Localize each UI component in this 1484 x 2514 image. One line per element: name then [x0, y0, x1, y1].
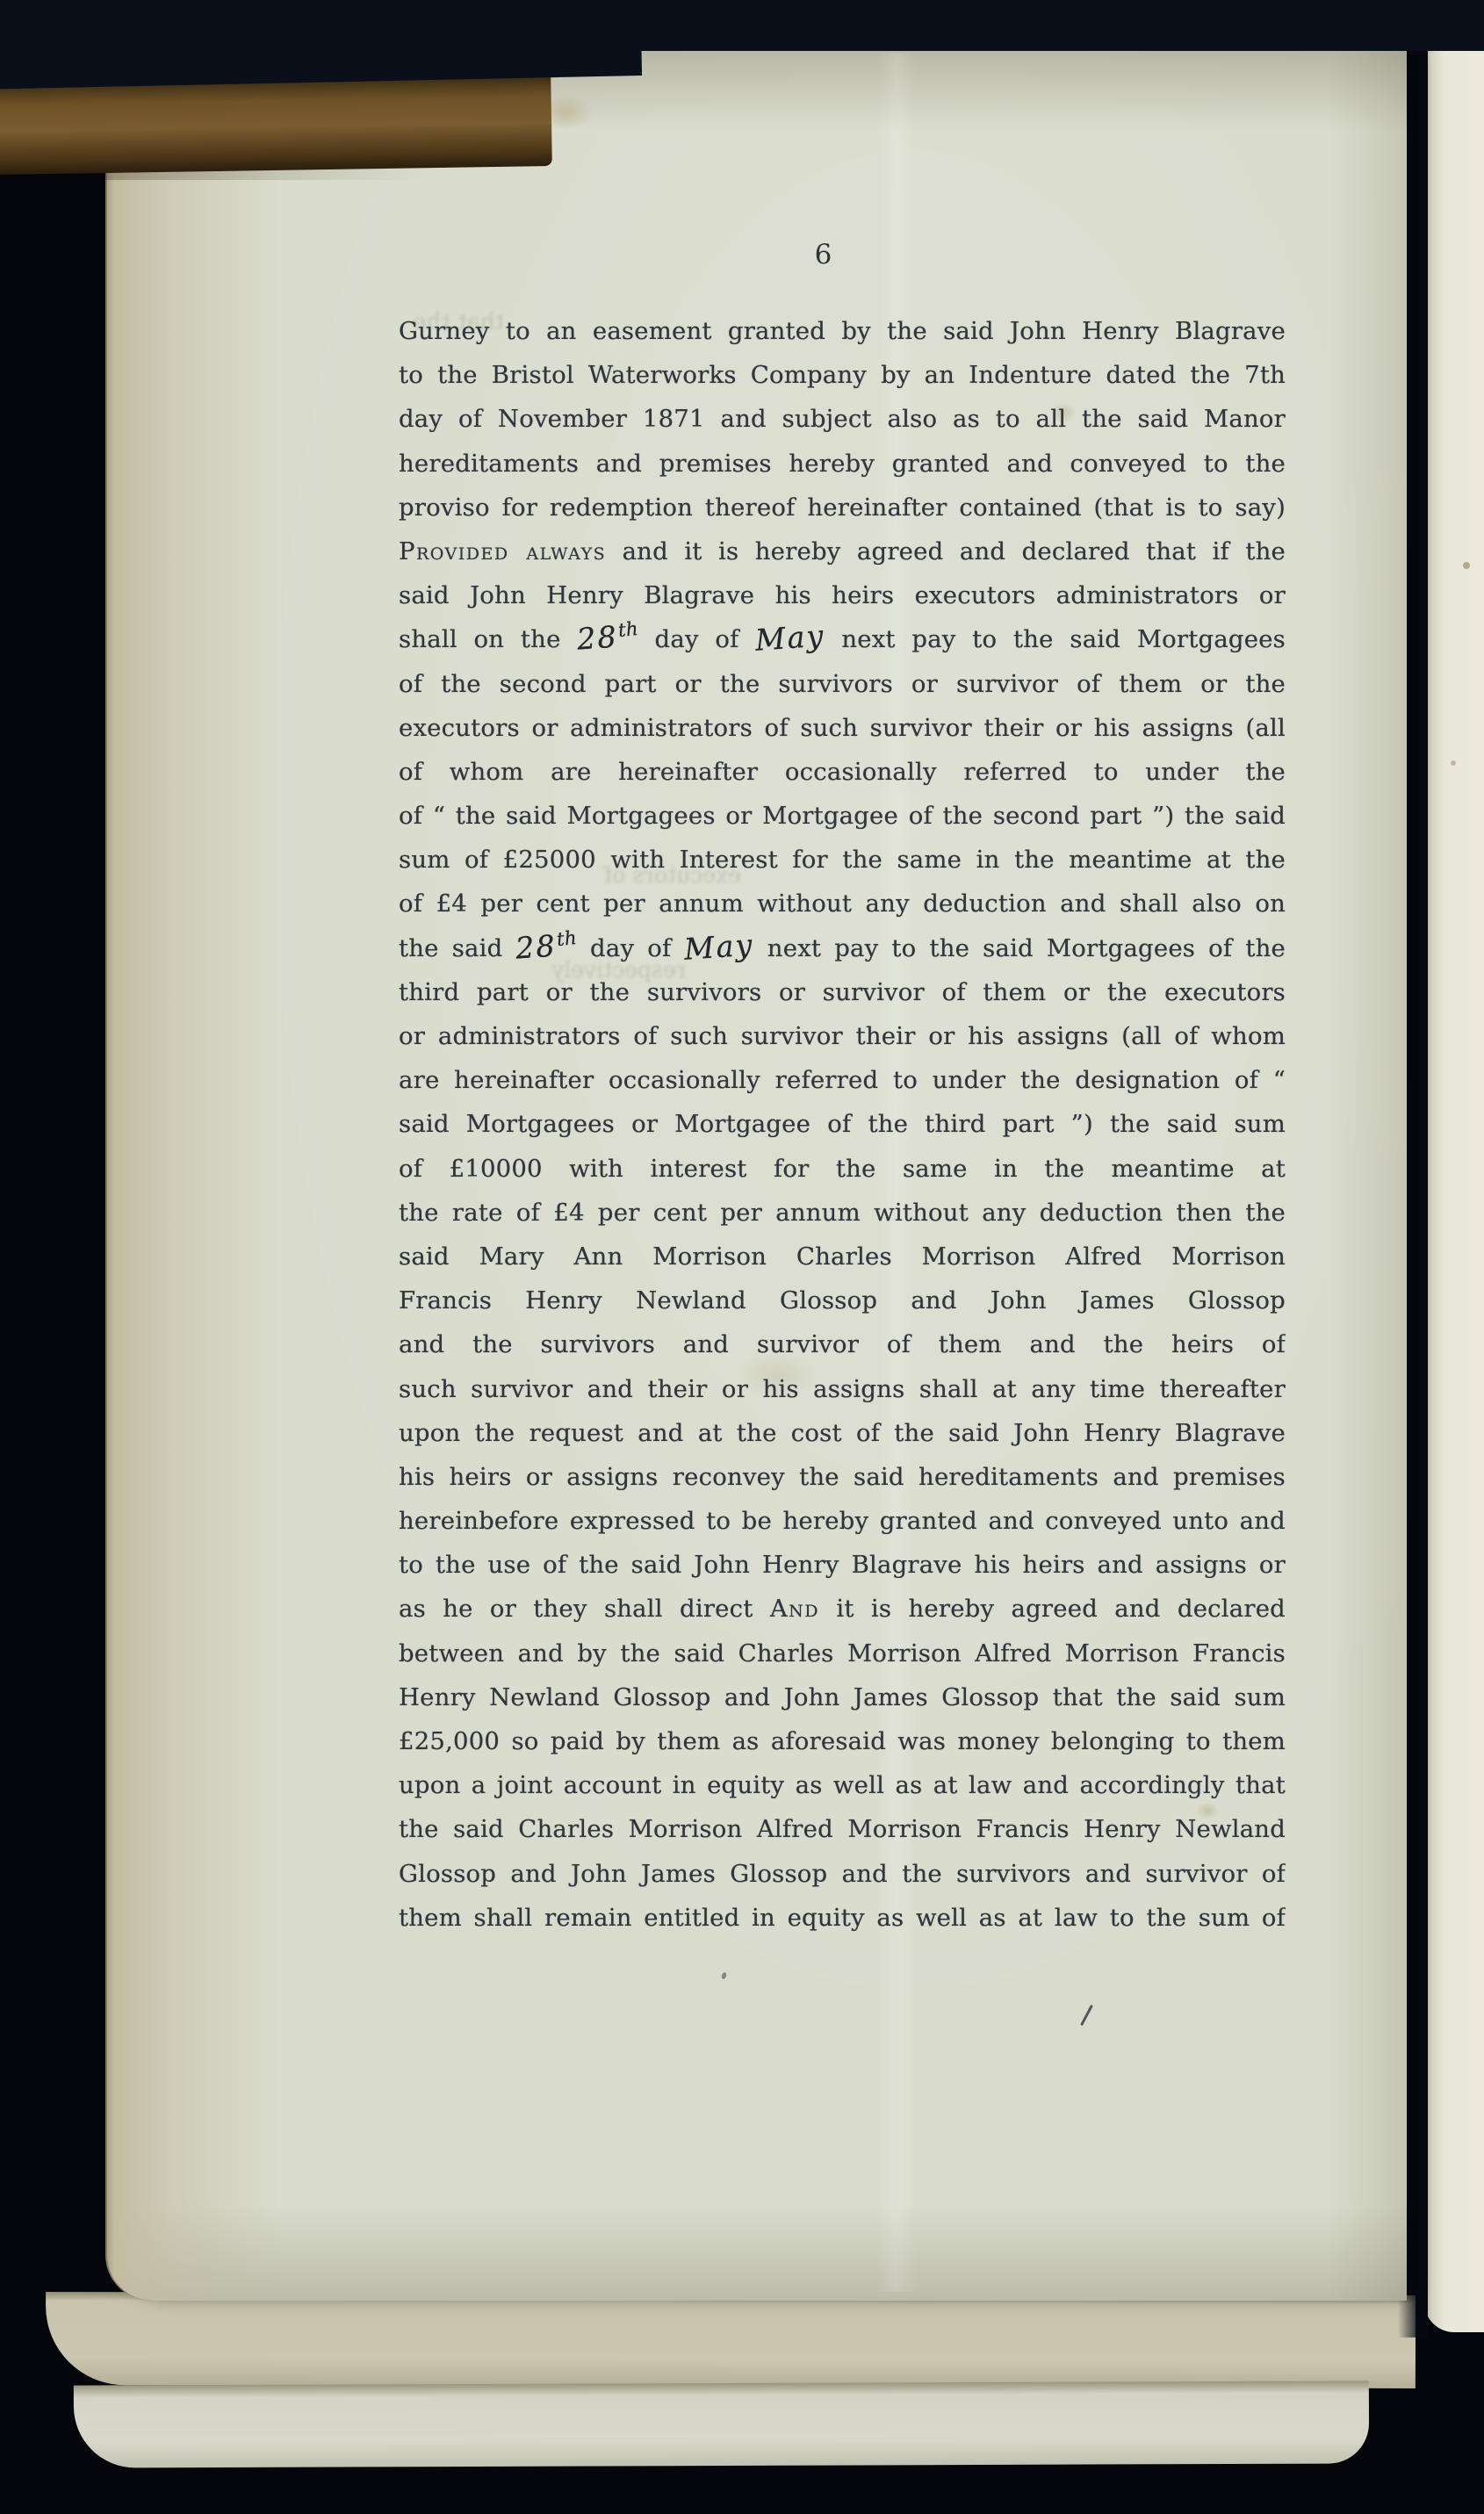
text-line: said John Henry Blagrave his heirs execu…	[399, 573, 1286, 617]
text-line: sum of £25000 with Interest for the same…	[399, 838, 1286, 882]
printed-text: hereditaments and premises hereby grante…	[399, 450, 1286, 478]
printed-text: day of November 1871 and subject also as…	[399, 405, 1286, 433]
printed-text: Francis Henry Newland Glossop and John J…	[399, 1286, 1286, 1315]
printed-text: it is hereby agreed and declared	[819, 1595, 1286, 1623]
printed-text: next pay to the said Mortgagees	[825, 625, 1286, 653]
printed-text: such survivor and their or his assigns s…	[399, 1375, 1286, 1403]
text-line: between and by the said Charles Morrison…	[399, 1632, 1286, 1675]
text-line: of £10000 with interest for the same in …	[399, 1147, 1286, 1191]
printed-text: £25,000 so paid by them as aforesaid was…	[399, 1727, 1286, 1755]
text-line: Provided always and it is hereby agreed …	[399, 529, 1286, 573]
printed-text: are hereinafter occasionally referred to…	[399, 1066, 1286, 1102]
printed-text: said Mortgagees or Mortgagee of the thir…	[399, 1110, 1286, 1138]
text-line: his heirs or assigns reconvey the said h…	[399, 1455, 1286, 1499]
text-line: third part or the survivors or survivor …	[399, 970, 1286, 1014]
printed-text: to the use of the said John Henry Blagra…	[399, 1551, 1286, 1579]
printed-text: proviso for redemption thereof hereinaft…	[399, 493, 1286, 522]
text-line: Gurney to an easement granted by the sai…	[399, 309, 1286, 353]
printed-text: of £10000 with interest for the same in …	[399, 1155, 1286, 1183]
printed-text: the said Charles Morrison Alfred Morriso…	[399, 1815, 1286, 1843]
printed-text: day of	[638, 625, 755, 653]
printed-text: said John Henry Blagrave his heirs execu…	[399, 581, 1286, 617]
paper-speck	[1463, 562, 1470, 569]
text-line: of £4 per cent per annum without any ded…	[399, 882, 1286, 926]
adjacent-page-edge	[1424, 47, 1484, 2332]
printed-text: sum of £25000 with Interest for the same…	[399, 846, 1286, 882]
printed-text: or administrators of such survivor their…	[399, 1022, 1286, 1050]
printed-text: upon the request and at the cost of the …	[399, 1419, 1286, 1447]
text-line: shall on the 28th day of May next pay to…	[399, 617, 1286, 661]
text-line: as he or they shall direct And it is her…	[399, 1587, 1286, 1631]
printed-text: between and by the said Charles Morrison…	[399, 1639, 1286, 1668]
printed-text: his heirs or assigns reconvey the said h…	[399, 1463, 1286, 1491]
printed-text: executors or administrators of such surv…	[399, 714, 1286, 742]
printed-text: and it is hereby agreed and declared tha…	[606, 537, 1286, 565]
text-block: Gurney to an easement granted by the sai…	[399, 309, 1286, 1940]
printed-text: the rate of £4 per cent per annum withou…	[399, 1199, 1286, 1227]
printed-text: third part or the survivors or survivor …	[399, 978, 1286, 1006]
printed-text: of the second part or the survivors or s…	[399, 670, 1286, 698]
text-line: upon a joint account in equity as well a…	[399, 1763, 1286, 1807]
printed-text: upon a joint account in equity as well a…	[399, 1771, 1286, 1799]
text-line: of whom are hereinafter occasionally ref…	[399, 750, 1286, 794]
printed-text: Gurney to an easement granted by the sai…	[399, 317, 1286, 345]
bottom-page-edges-2	[74, 2381, 1369, 2467]
text-line: or administrators of such survivor their…	[399, 1014, 1286, 1058]
text-line: £25,000 so paid by them as aforesaid was…	[399, 1719, 1286, 1763]
text-line: Francis Henry Newland Glossop and John J…	[399, 1279, 1286, 1322]
text-line: said Mary Ann Morrison Charles Morrison …	[399, 1235, 1286, 1279]
printed-text: them shall remain entitled in equity as …	[399, 1904, 1286, 1932]
text-line: upon the request and at the cost of the …	[399, 1411, 1286, 1455]
printed-text: Henry Newland Glossop and John James Glo…	[399, 1683, 1286, 1711]
printed-text: of “ the said Mortgagees or Mortgagee of…	[399, 802, 1286, 830]
text-line: Glossop and John James Glossop and the s…	[399, 1852, 1286, 1896]
printed-text: day of	[577, 934, 684, 962]
printed-text: of whom are hereinafter occasionally ref…	[399, 758, 1286, 794]
text-line: Henry Newland Glossop and John James Glo…	[399, 1675, 1286, 1719]
handwritten-insertion: May	[755, 637, 825, 642]
printed-text: Glossop and John James Glossop and the s…	[399, 1860, 1286, 1888]
handwritten-insertion: th	[557, 938, 577, 940]
text-line: of the second part or the survivors or s…	[399, 662, 1286, 706]
text-line: and the survivors and survivor of them a…	[399, 1322, 1286, 1366]
book-spine-top-band-left	[0, 0, 642, 90]
text-line: to the use of the said John Henry Blagra…	[399, 1543, 1286, 1587]
handwritten-insertion: 28	[577, 638, 618, 640]
text-line: of “ the said Mortgagees or Mortgagee of…	[399, 794, 1286, 838]
text-line: day of November 1871 and subject also as…	[399, 397, 1286, 441]
page-number: 6	[789, 239, 859, 270]
printed-text: Provided always	[399, 537, 606, 565]
book-photo: { "page": { "number": "6", "paper_color"…	[0, 0, 1484, 2514]
printed-text: as he or they shall direct	[399, 1595, 770, 1623]
bottom-page-edges	[46, 2292, 1416, 2388]
printed-text: the said	[399, 934, 515, 962]
printed-text: shall on the	[399, 625, 577, 653]
handwritten-insertion: th	[618, 630, 638, 631]
text-line: the rate of £4 per cent per annum withou…	[399, 1191, 1286, 1235]
text-line: proviso for redemption thereof hereinaft…	[399, 486, 1286, 529]
paper-speck	[1451, 760, 1456, 766]
printed-text: said Mary Ann Morrison Charles Morrison …	[399, 1243, 1286, 1271]
text-line: hereinbefore expressed to be hereby gran…	[399, 1499, 1286, 1543]
text-line: hereditaments and premises hereby grante…	[399, 442, 1286, 486]
text-line: them shall remain entitled in equity as …	[399, 1896, 1286, 1940]
printed-text: And	[770, 1595, 819, 1623]
text-line: are hereinafter occasionally referred to…	[399, 1058, 1286, 1102]
text-line: the said Charles Morrison Alfred Morriso…	[399, 1807, 1286, 1851]
handwritten-insertion: 28	[516, 946, 558, 948]
printed-text: next pay to the said Mortgagees of the	[754, 934, 1286, 962]
text-line: the said 28th day of May next pay to the…	[399, 926, 1286, 970]
text-line: such survivor and their or his assigns s…	[399, 1367, 1286, 1411]
printed-text: hereinbefore expressed to be hereby gran…	[399, 1507, 1286, 1535]
text-line: executors or administrators of such surv…	[399, 706, 1286, 750]
handwritten-insertion: May	[685, 945, 754, 950]
text-line: to the Bristol Waterworks Company by an …	[399, 353, 1286, 397]
printed-text: of £4 per cent per annum without any ded…	[399, 890, 1286, 918]
text-line: said Mortgagees or Mortgagee of the thir…	[399, 1102, 1286, 1146]
printed-text: to the Bristol Waterworks Company by an …	[399, 361, 1286, 389]
printed-text: and the survivors and survivor of them a…	[399, 1330, 1286, 1358]
